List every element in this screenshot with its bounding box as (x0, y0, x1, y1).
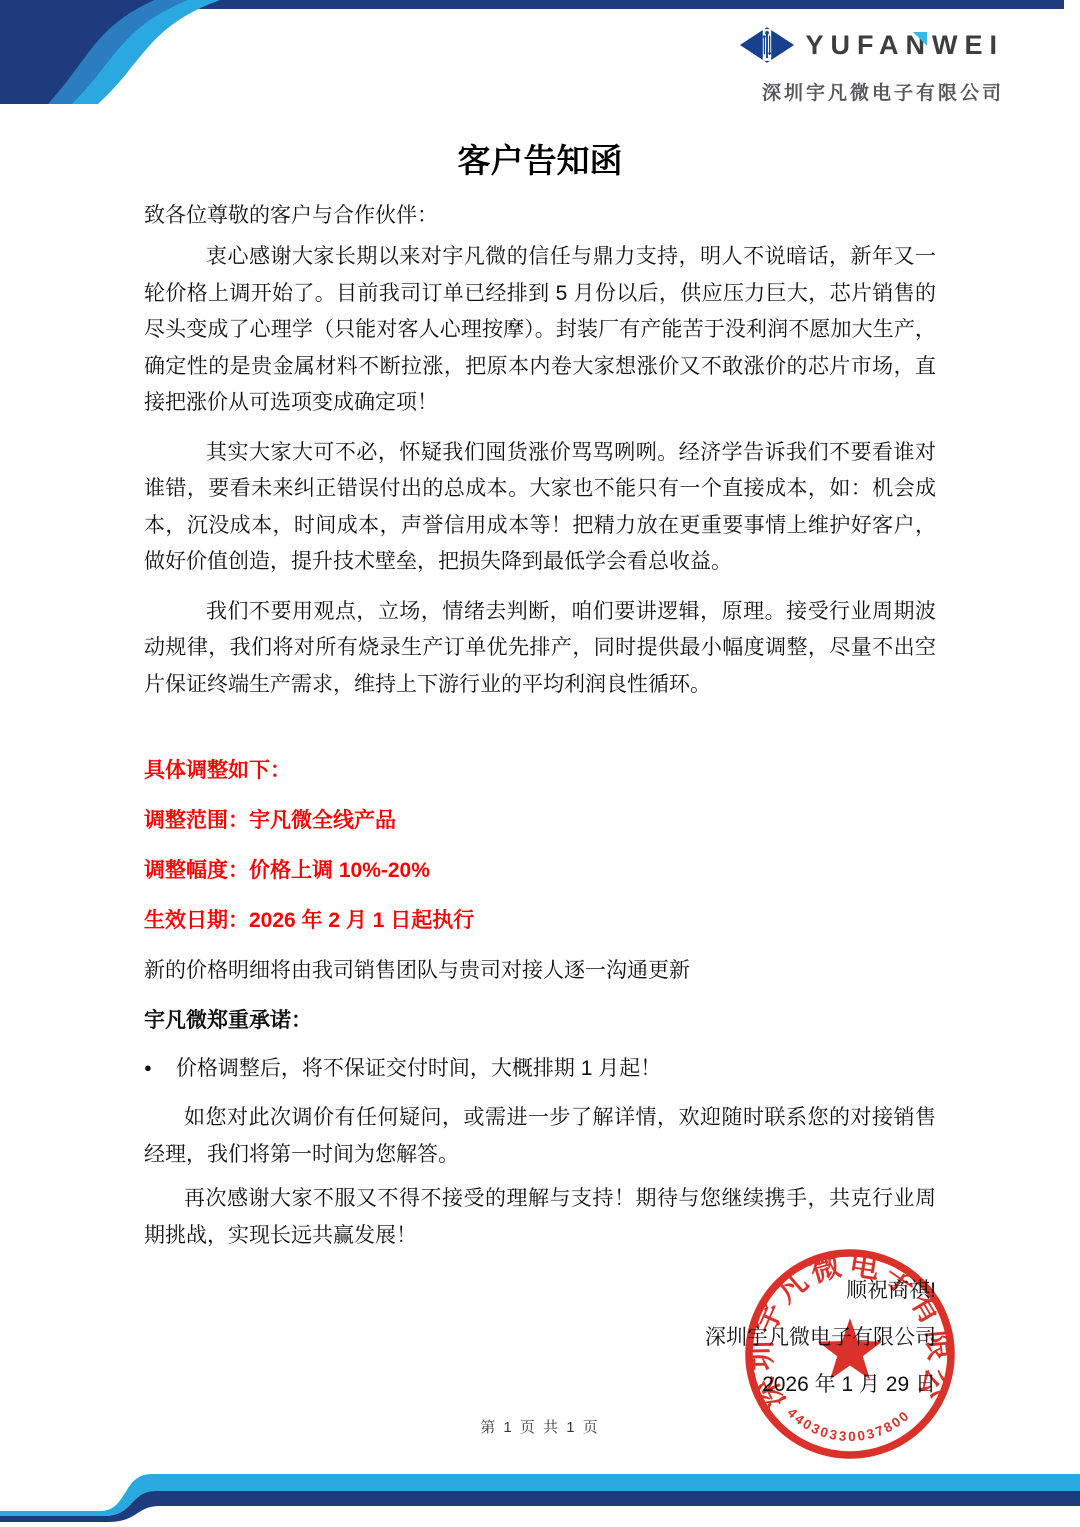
brand-wordmark: YUFANWEI (805, 30, 1004, 61)
greeting-line: 致各位尊敬的客户与合作伙伴： (144, 197, 936, 234)
footer-band-navy (0, 1491, 1080, 1522)
bullet-text: 价格调整后，将不保证交付时间，大概排期 1 月起！ (176, 1057, 661, 1080)
closing-paragraph-1: 如您对此次调价有任何疑问，或需进一步了解详情，欢迎随时联系您的对接销售经理，我们… (144, 1100, 936, 1173)
closing-paragraph-2: 再次感谢大家不服又不得不接受的理解与支持！期待与您继续携手，共克行业周期挑战，实… (144, 1181, 936, 1254)
letter-page: YUFANWEI 深圳宇凡微电子有限公司 客户告知函 致各位尊敬的客户与合作伙伴… (0, 0, 1080, 1527)
bullet-item: ●价格调整后，将不保证交付时间，大概排期 1 月起！ (144, 1049, 936, 1087)
page-number-footer: 第 1 页 共 1 页 (0, 1416, 1080, 1437)
document-body: 客户告知函 致各位尊敬的客户与合作伙伴： 衷心感谢大家长期以来对宇凡微的信任与鼎… (144, 128, 936, 1408)
promise-heading: 宇凡微郑重承诺： (144, 1002, 936, 1039)
body-paragraph-3: 我们不要用观点，立场，情绪去判断，咱们要讲逻辑，原理。接受行业周期波动规律，我们… (144, 594, 936, 704)
price-update-note: 新的价格明细将由我司销售团队与贵司对接人逐一沟通更新 (144, 952, 936, 989)
brand-part-pre: YUFA (805, 30, 905, 60)
footer-wave-decoration (0, 1460, 1080, 1527)
brand-letter-n: N (906, 30, 933, 61)
brand-accent-triangle-icon (913, 32, 927, 46)
brand-part-post: WEI (932, 30, 1004, 60)
adjustment-date-line: 生效日期：2026 年 2 月 1 日起执行 (144, 902, 936, 939)
adjustment-range-line: 调整幅度：价格上调 10%-20% (144, 852, 936, 889)
signoff-regards: 顺祝商祺! (144, 1267, 936, 1314)
signoff-block: 顺祝商祺! 深圳宇凡微电子有限公司 2026 年 1 月 29 日 (144, 1267, 936, 1408)
header-company-name: 深圳宇凡微电子有限公司 (739, 78, 1004, 105)
body-paragraph-1: 衷心感谢大家长期以来对宇凡微的信任与鼎力支持，明人不说暗话，新年又一轮价格上调开… (144, 239, 936, 422)
diamond-circuit-logo-icon (739, 26, 795, 64)
adjustment-scope-line: 调整范围：宇凡微全线产品 (144, 802, 936, 839)
body-paragraph-2: 其实大家大可不必，怀疑我们囤货涨价骂骂咧咧。经济学告诉我们不要看谁对谁错，要看未… (144, 435, 936, 581)
logo: YUFANWEI 深圳宇凡微电子有限公司 (739, 26, 1004, 105)
bullet-dot-icon: ● (144, 1060, 152, 1075)
signoff-company: 深圳宇凡微电子有限公司 (144, 1314, 936, 1361)
adjustment-heading: 具体调整如下： (144, 752, 936, 789)
document-title: 客户告知函 (144, 140, 936, 182)
signoff-date: 2026 年 1 月 29 日 (144, 1361, 936, 1408)
